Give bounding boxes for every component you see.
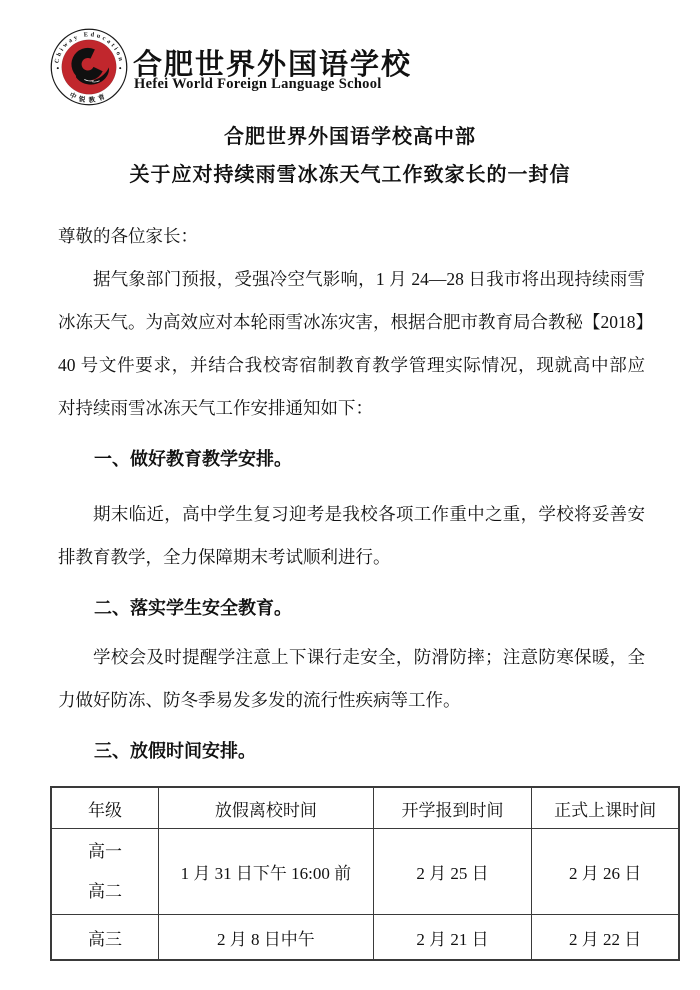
- doc-title-line1: 合肥世界外国语学校高中部: [0, 120, 700, 149]
- grade-line: 高二: [56, 872, 154, 912]
- letter-body: 尊敬的各位家长： 据气象部门预报，受强冷空气影响，1 月 24—28 日我市将出…: [58, 215, 645, 773]
- schedule-table: 年级 放假离校时间 开学报到时间 正式上课时间 高一 高二 1 月 31 日下午…: [50, 786, 680, 961]
- table-row: 高一 高二 1 月 31 日下午 16:00 前 2 月 25 日 2 月 26…: [51, 829, 679, 915]
- body-line: 排教育教学，全力保障期末考试顺利进行。: [58, 536, 645, 579]
- header-cell-class-time: 正式上课时间: [532, 787, 679, 829]
- doc-title-line2: 关于应对持续雨雪冰冻天气工作致家长的一封信: [0, 158, 700, 187]
- body-line: 40 号文件要求，并结合我校寄宿制教育教学管理实际情况，现就高中部应: [58, 344, 645, 387]
- cell-leave-time: 2 月 8 日中午: [158, 915, 373, 961]
- grade-line: 高一: [56, 832, 154, 872]
- section-heading-3: 三、放假时间安排。: [58, 730, 645, 773]
- body-line: 据气象部门预报，受强冷空气影响，1 月 24—28 日我市将出现持续雨雪: [58, 258, 645, 301]
- cell-report-time: 2 月 25 日: [373, 829, 532, 915]
- table-header-row: 年级 放假离校时间 开学报到时间 正式上课时间: [51, 787, 679, 829]
- table-row: 高三 2 月 8 日中午 2 月 21 日 2 月 22 日: [51, 915, 679, 961]
- body-line: 力做好防冻、防冬季易发多发的流行性疾病等工作。: [58, 679, 645, 722]
- school-name-en: Hefei World Foreign Language School: [134, 76, 382, 93]
- cell-class-time: 2 月 22 日: [532, 915, 679, 961]
- section-heading-2: 二、落实学生安全教育。: [58, 587, 645, 630]
- cell-grade: 高一 高二: [51, 829, 158, 915]
- paragraph-3: 学校会及时提醒学注意上下课行走安全，防滑防摔；注意防寒保暖，全 力做好防冻、防冬…: [58, 636, 645, 722]
- cell-grade: 高三: [51, 915, 158, 961]
- body-line: 学校会及时提醒学注意上下课行走安全，防滑防摔；注意防寒保暖，全: [58, 636, 645, 679]
- body-line: 对持续雨雪冰冻天气工作安排通知如下：: [58, 387, 645, 430]
- section-heading-1: 一、做好教育教学安排。: [58, 438, 645, 481]
- cell-class-time: 2 月 26 日: [532, 829, 679, 915]
- header-cell-grade: 年级: [51, 787, 158, 829]
- header-cell-report-time: 开学报到时间: [373, 787, 532, 829]
- body-line: 冰冻天气。为高效应对本轮雨雪冰冻灾害，根据合肥市教育局合教秘【2018】: [58, 301, 645, 344]
- school-logo-icon: Chiway Education 中锐教育: [50, 28, 128, 106]
- paragraph-2: 期末临近，高中学生复习迎考是我校各项工作重中之重，学校将妥善安 排教育教学，全力…: [58, 493, 645, 579]
- logo-right-dot: [119, 67, 121, 69]
- salutation: 尊敬的各位家长：: [58, 215, 645, 258]
- paragraph-1: 据气象部门预报，受强冷空气影响，1 月 24—28 日我市将出现持续雨雪 冰冻天…: [58, 258, 645, 430]
- cell-leave-time: 1 月 31 日下午 16:00 前: [158, 829, 373, 915]
- letter-page: Chiway Education 中锐教育 合肥世界外国语学校 Hefei Wo…: [0, 0, 700, 990]
- header-cell-leave-time: 放假离校时间: [158, 787, 373, 829]
- body-line: 期末临近，高中学生复习迎考是我校各项工作重中之重，学校将妥善安: [58, 493, 645, 536]
- cell-report-time: 2 月 21 日: [373, 915, 532, 961]
- logo-left-dot: [57, 67, 59, 69]
